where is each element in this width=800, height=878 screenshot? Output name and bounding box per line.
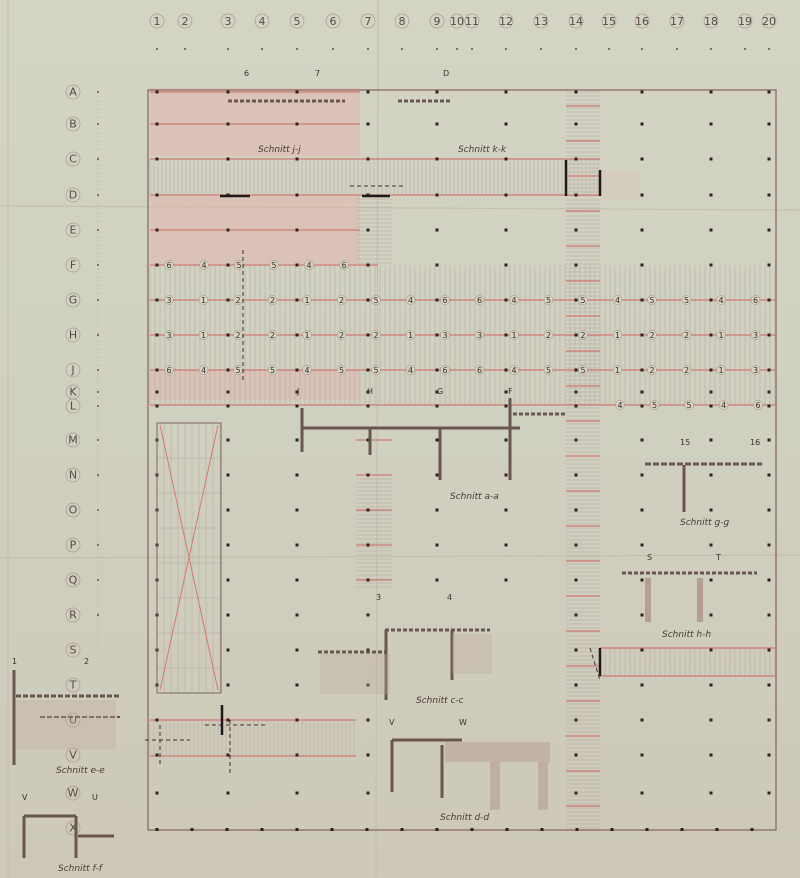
column-axis-10: 10 <box>450 15 464 28</box>
marker-ff-V: V <box>22 793 28 802</box>
row-axis-J: J <box>70 364 74 377</box>
caption-aa: Schnitt a-a <box>450 492 499 502</box>
marker-F: F <box>508 387 513 396</box>
bay-number: 5 <box>686 401 691 410</box>
bay-number: 1 <box>304 331 309 340</box>
bay-number: 3 <box>753 331 758 340</box>
bay-number: 5 <box>580 296 585 305</box>
column-axis-15: 15 <box>602 15 616 28</box>
marker-J: J <box>296 387 299 396</box>
column-axis-13: 13 <box>534 15 548 28</box>
row-axis-O: O <box>69 504 78 517</box>
bay-number: 2 <box>684 366 689 375</box>
bay-number: 5 <box>580 366 585 375</box>
bay-number: 1 <box>615 331 620 340</box>
caption-cc: Schnitt c-c <box>416 696 464 706</box>
bay-number: 1 <box>408 331 413 340</box>
column-axis-14: 14 <box>569 15 583 28</box>
bay-number: 1 <box>718 366 723 375</box>
bay-number: 3 <box>477 331 482 340</box>
row-axis-K: K <box>69 386 77 399</box>
bay-number: 6 <box>753 296 758 305</box>
bay-number: 3 <box>166 331 171 340</box>
bay-number: 1 <box>304 296 309 305</box>
bay-number: 2 <box>235 296 240 305</box>
marker-T: T <box>715 553 721 562</box>
bay-number: 3 <box>753 366 758 375</box>
row-axis-L: L <box>70 400 77 413</box>
section-drawings <box>14 101 762 858</box>
bay-number: 5 <box>546 366 551 375</box>
row-axis-G: G <box>69 294 78 307</box>
floor-plan-drawing: 1234567891011121314151617181920 ABCDEFGH… <box>0 0 800 878</box>
marker-G: G <box>437 387 443 396</box>
caption-ee: Schnitt e-e <box>56 766 105 776</box>
column-axis-12: 12 <box>499 15 513 28</box>
bay-number: 2 <box>373 331 378 340</box>
bay-number: 5 <box>270 366 275 375</box>
row-axis-P: P <box>70 539 77 552</box>
bay-number: 4 <box>408 366 413 375</box>
bay-number: 4 <box>306 261 311 270</box>
bay-number: 5 <box>684 296 689 305</box>
column-axis-6: 6 <box>330 15 337 28</box>
column-axis-16: 16 <box>635 15 649 28</box>
row-axis-S: S <box>70 644 77 657</box>
bay-number: 2 <box>580 331 585 340</box>
bay-number: 5 <box>373 366 378 375</box>
bay-number: 4 <box>718 296 723 305</box>
row-axis-F: F <box>70 259 76 272</box>
bay-number: 5 <box>339 366 344 375</box>
row-axis-V: V <box>69 749 77 762</box>
bay-number: 6 <box>755 401 760 410</box>
column-axis-3: 3 <box>225 15 232 28</box>
bay-number: 5 <box>236 261 241 270</box>
caption-hh: Schnitt h-h <box>662 630 711 640</box>
bay-number: 2 <box>235 331 240 340</box>
bay-number: 1 <box>718 331 723 340</box>
marker-V: V <box>389 718 395 727</box>
marker-7: 7 <box>315 69 320 78</box>
row-axis-E: E <box>70 224 77 237</box>
bay-number: 2 <box>649 331 654 340</box>
bay-number: 5 <box>649 296 654 305</box>
marker-S: S <box>647 553 652 562</box>
bay-number: 2 <box>546 331 551 340</box>
bay-number: 4 <box>617 401 622 410</box>
bay-number: 4 <box>201 261 206 270</box>
column-axis-18: 18 <box>704 15 718 28</box>
marker-1: 1 <box>12 657 17 666</box>
caption-jj: Schnitt j-j <box>258 145 301 155</box>
row-axis-W: W <box>68 787 79 800</box>
marker-15: 15 <box>680 438 690 447</box>
bay-number: 2 <box>270 331 275 340</box>
bay-number: 3 <box>166 296 171 305</box>
row-axis-C: C <box>69 153 77 166</box>
bay-number: 1 <box>201 296 206 305</box>
bay-number: 5 <box>652 401 657 410</box>
column-axis-4: 4 <box>259 15 266 28</box>
bay-number: 2 <box>339 296 344 305</box>
column-axis-11: 11 <box>465 15 479 28</box>
row-axis-H: H <box>69 329 77 342</box>
row-axis-B: B <box>69 118 77 131</box>
caption-dd: Schnitt d-d <box>440 813 489 823</box>
marker-3: 3 <box>376 593 381 602</box>
marker-ff-U: U <box>92 793 98 802</box>
bay-number: 6 <box>477 366 482 375</box>
bay-number: 2 <box>339 331 344 340</box>
column-axis-19: 19 <box>738 15 752 28</box>
bay-number: 6 <box>442 366 447 375</box>
bay-number: 5 <box>235 366 240 375</box>
row-axis-T: T <box>69 679 77 692</box>
bay-number: 2 <box>649 366 654 375</box>
caption-ff: Schnitt f-f <box>58 864 104 874</box>
column-axis-5: 5 <box>294 15 301 28</box>
bay-number: 5 <box>271 261 276 270</box>
marker-6: 6 <box>244 69 249 78</box>
bay-number: 6 <box>341 261 346 270</box>
construction-plan-sheet: 1234567891011121314151617181920 ABCDEFGH… <box>0 0 800 878</box>
column-axis-labels: 1234567891011121314151617181920 <box>150 14 776 50</box>
marker-2: 2 <box>84 657 89 666</box>
bay-number: 1 <box>615 366 620 375</box>
marker-4: 4 <box>447 593 452 602</box>
bay-number: 6 <box>166 261 171 270</box>
column-axis-20: 20 <box>762 15 776 28</box>
bay-number: 2 <box>684 331 689 340</box>
bay-number: 4 <box>304 366 309 375</box>
caption-gg: Schnitt g-g <box>680 518 729 528</box>
bay-number: 6 <box>477 296 482 305</box>
bay-number: 4 <box>408 296 413 305</box>
bay-number: 4 <box>201 366 206 375</box>
bay-number: 4 <box>511 366 516 375</box>
marker-W: W <box>459 718 467 727</box>
bay-number: 6 <box>166 366 171 375</box>
column-axis-8: 8 <box>399 15 406 28</box>
column-axis-1: 1 <box>154 15 161 28</box>
marker-H: H <box>367 387 373 396</box>
bay-number: 3 <box>442 331 447 340</box>
bay-number: 5 <box>546 296 551 305</box>
bay-number: 4 <box>721 401 726 410</box>
row-axis-M: M <box>68 434 78 447</box>
bay-number: 2 <box>270 296 275 305</box>
marker-16: 16 <box>750 438 760 447</box>
column-axis-7: 7 <box>365 15 372 28</box>
bay-number: 4 <box>615 296 620 305</box>
row-axis-D: D <box>69 189 77 202</box>
caption-kk: Schnitt k-k <box>458 145 507 155</box>
column-axis-2: 2 <box>182 15 189 28</box>
bay-number: 5 <box>373 296 378 305</box>
column-axis-17: 17 <box>670 15 684 28</box>
bay-number: 4 <box>511 296 516 305</box>
bay-number: 1 <box>511 331 516 340</box>
marker-D: D <box>443 69 449 78</box>
row-axis-Q: Q <box>69 574 78 587</box>
row-axis-A: A <box>69 86 77 99</box>
row-axis-N: N <box>69 469 77 482</box>
row-axis-R: R <box>69 609 77 622</box>
column-axis-9: 9 <box>434 15 441 28</box>
bay-number: 6 <box>442 296 447 305</box>
bay-number: 1 <box>201 331 206 340</box>
